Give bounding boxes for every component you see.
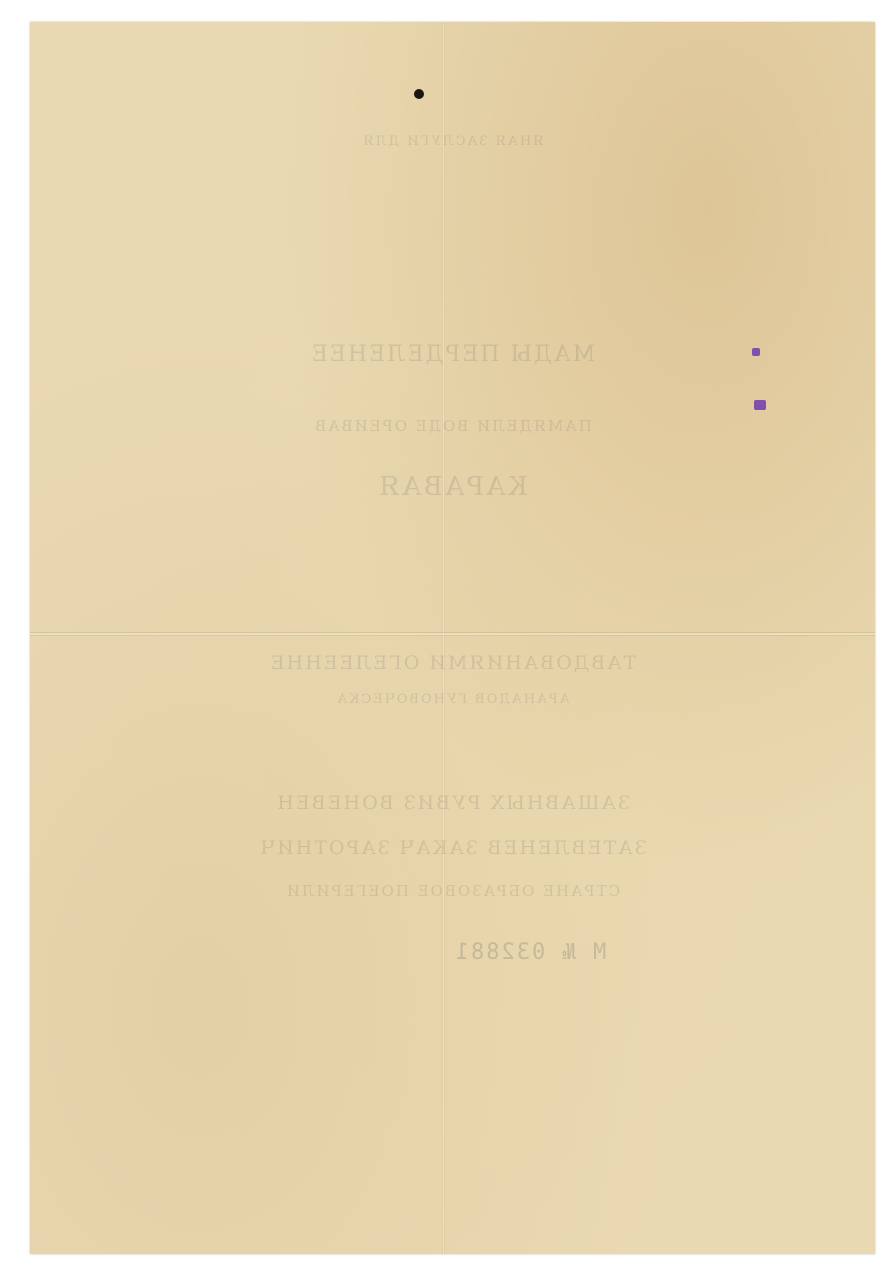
- punch-hole: [414, 89, 424, 99]
- show-through-line: ЯНАЯ ЗАСЛУГИ ДЛЯ: [30, 134, 875, 149]
- ink-stamp-mark: [754, 400, 766, 410]
- show-through-line: АРАНАДОВ ГУНОВОЧЕСКА: [30, 692, 875, 707]
- show-through-line: СТРАНЕ ОБРАЗОВОЕ ПОЕГЕРИЛИ: [30, 882, 875, 900]
- show-through-line: МАДЫ ПЕРДЕЛЕНЕЕ: [30, 342, 875, 367]
- ink-stamp-mark: [752, 348, 760, 356]
- horizontal-fold: [30, 632, 875, 636]
- show-through-line: ТАВДОВАНИЯМИ ОГЕЛЕЕННЕ: [30, 652, 875, 674]
- serial-number: M № 032881: [280, 940, 780, 965]
- document-paper: ЯНАЯ ЗАСЛУГИ ДЛЯ МАДЫ ПЕРДЕЛЕНЕЕ ПАМЯДЕЛ…: [30, 22, 875, 1254]
- vertical-fold: [442, 22, 445, 1254]
- show-through-line: ЗАШАВНЫХ РУВИЗ ВОНЕВЕН: [30, 792, 875, 814]
- show-through-line: ПАМЯДЕЛИ ВОДЕ ОРЕИВАВ: [30, 417, 875, 435]
- show-through-line: КАРАВАЯ: [30, 472, 875, 502]
- show-through-line: ЗАТЕВЛЕНЕВ ЗАКАЧ ЗАРОТНИЧ: [30, 837, 875, 859]
